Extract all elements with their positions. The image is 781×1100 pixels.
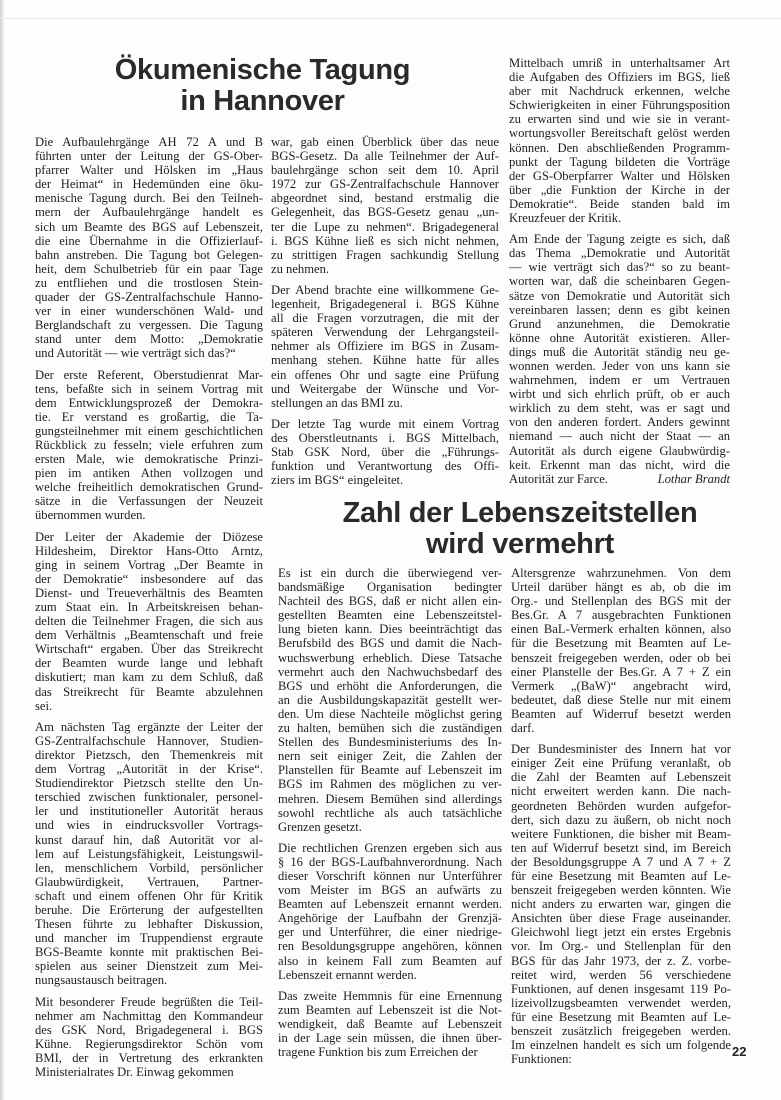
text-line: ver in einer wunderschönen Wald- und bbox=[35, 304, 263, 318]
author-signature: Lothar Brandt bbox=[658, 472, 730, 486]
text-line: an die Ausbildungskapazität gestellt wer… bbox=[278, 693, 502, 707]
text-line: 1972 zur GS-Zentralfachschule Hannover bbox=[271, 177, 499, 191]
text-line: baulehrgänge schon seit dem 10. April bbox=[271, 163, 499, 177]
text-line: § 16 der BGS-Laufbahnverordnung. Nach bbox=[278, 855, 502, 869]
text-line: zu entfliehen und die trostlosen Stein- bbox=[35, 276, 263, 290]
text-line: Berufsbild des BGS und damit die Nach- bbox=[278, 636, 502, 650]
text-line: diskutiert; man kam zu dem Schluß, daß bbox=[35, 670, 263, 684]
text-line: Thesen führte zu lebhafter Diskussion, bbox=[35, 917, 263, 931]
text-line: Dienst- und Treueverhältnis des Beamten bbox=[35, 586, 263, 600]
text-line: sich um Beamte des BGS auf Lebenszeit, bbox=[35, 220, 263, 234]
text-line: heit, dem Schulbetrieb für ein paar Tage bbox=[35, 262, 263, 276]
text-line: gestellten Beamten eine Lebenszeitstel- bbox=[278, 608, 502, 622]
text-line: wendigkeit, daß Beamte auf Lebenszeit bbox=[278, 1017, 502, 1031]
text-line: zu strittigen Fragen sachkundig Stellung bbox=[271, 248, 499, 262]
text-line: über „die Funktion der Kirche in der bbox=[509, 183, 730, 197]
text-line: tragene Funktion bis zum Erreichen der bbox=[278, 1045, 502, 1059]
text-line: Kreuzfeuer der Kritik. bbox=[509, 211, 730, 225]
text-line: Wirtschaft“ ergaben. Über das Streikrech… bbox=[35, 642, 263, 656]
text-line: von den anderen fordert. Anders gewinnt bbox=[509, 415, 730, 429]
article1-headline: Ökumenische Tagung in Hannover bbox=[75, 55, 450, 117]
text-line: sätze von Demokratie und Autorität sich bbox=[509, 289, 730, 303]
article1-title-line1: Ökumenische Tagung bbox=[75, 55, 450, 86]
text-line: des GSK Nord, Brigadegeneral i. BGS bbox=[35, 1023, 263, 1037]
text-line: geordneten Behörden wurden aufgefor- bbox=[511, 799, 731, 813]
text-line: sätze in die Verfassungen der Neuzeit bbox=[35, 494, 263, 508]
text-line: einer Planstelle der Bes.Gr. A 7 + Z ein bbox=[511, 665, 731, 679]
text-line: schaft und einem offenen Ohr für Kritik bbox=[35, 889, 263, 903]
text-line: Autorität als durch eigene Glaubwürdig- bbox=[509, 444, 730, 458]
text-line: dieser Vorschrift können nur Unterführer bbox=[278, 869, 502, 883]
article1-column-2: war, gab einen Überblick über das neueBG… bbox=[271, 135, 499, 494]
text-line: Das zweite Hemmnis für eine Ernennung bbox=[278, 989, 502, 1003]
text-line: kunst darauf hin, daß Autorität vor al- bbox=[35, 833, 263, 847]
text-line: BGS im Rahmen des möglichen zu ver- bbox=[278, 777, 502, 791]
text-line: lung bieten kann. Dies beeinträchtigt da… bbox=[278, 622, 502, 636]
text-line: Berglandschaft zu vergessen. Die Tagung bbox=[35, 318, 263, 332]
text-line: die Aufgaben des Offiziers im BGS, ließ bbox=[509, 70, 730, 84]
text-line: zu erwarten sind und wie sie in verant- bbox=[509, 112, 730, 126]
text-line: worten war, daß die scheinbaren Gegen- bbox=[509, 274, 730, 288]
text-line: Lebenszeit ernannt werden. bbox=[278, 968, 502, 982]
text-line: Es ist ein durch die überwiegend ver- bbox=[278, 566, 502, 580]
text-line: stellungen an das BMI zu. bbox=[271, 396, 499, 410]
paragraph: Altersgrenze wahrzunehmen. Von demUrteil… bbox=[511, 566, 731, 735]
text-line: zu nehmen. bbox=[271, 262, 499, 276]
text-line: Hildesheim, Direktor Hans-Otto Arntz, bbox=[35, 544, 263, 558]
scan-top-edge bbox=[0, 18, 781, 19]
text-line: Im einzelnen handelt es sich um folgende bbox=[511, 1038, 731, 1052]
text-line: mehren. Diesem Bemühen sind allerdings bbox=[278, 792, 502, 806]
text-line: bedeutet, daß diese Stelle nur mit einem bbox=[511, 693, 731, 707]
text-line: ger und Unterführer, die einer niedrige- bbox=[278, 925, 502, 939]
text-line: können. Den abschließenden Programm- bbox=[509, 141, 730, 155]
paragraph: Der letzte Tag wurde mit einem Vortragde… bbox=[271, 417, 499, 487]
text-line: i. BGS Kühne ließ es sich nicht nehmen, bbox=[271, 234, 499, 248]
text-line: niemand — auch nicht der Staat — an bbox=[509, 429, 730, 443]
text-line: der Demokratie“ insbesondere auf das bbox=[35, 572, 263, 586]
text-line: für die Besetzung mit Beamten auf Le- bbox=[511, 636, 731, 650]
text-line: abgeordnet sind, bestand erstmalig die bbox=[271, 191, 499, 205]
text-line: Der erste Referent, Oberstudienrat Mar- bbox=[35, 368, 263, 382]
text-line: Altersgrenze wahrzunehmen. Von dem bbox=[511, 566, 731, 580]
text-line: in der Lage sein müssen, die ihnen über- bbox=[278, 1031, 502, 1045]
text-line: die eine Übernahme in die Offizierlauf- bbox=[35, 234, 263, 248]
text-line: — wie verträgt sich das?“ so zu beant- bbox=[509, 260, 730, 274]
text-line: Der Bundesminister des Innern hat vor bbox=[511, 742, 731, 756]
text-line: welche freiheitlich demokratischen Grund… bbox=[35, 480, 263, 494]
text-line: ersten Male, wie demokratische Prinzi- bbox=[35, 452, 263, 466]
text-line: wortungsvoller Bereitschaft gelöst werde… bbox=[509, 126, 730, 140]
scan-page-edge bbox=[0, 0, 4, 1100]
text-line: ging in seinem Vortrag „Der Beamte in bbox=[35, 558, 263, 572]
text-line: könne ohne Autorität existieren. Aller- bbox=[509, 331, 730, 345]
text-line: menische Tagung durch. Bei den Teilneh- bbox=[35, 191, 263, 205]
text-line: Mit besonderer Freude begrüßten die Teil… bbox=[35, 995, 263, 1009]
text-line: dem Verhältnis „Beamtenschaft und freie bbox=[35, 628, 263, 642]
text-line: direktor Pietzsch, den Themenkreis mit bbox=[35, 748, 263, 762]
paragraph: war, gab einen Überblick über das neueBG… bbox=[271, 135, 499, 276]
text-line: nicht erweitert werden kann. Die nach- bbox=[511, 784, 731, 798]
text-line: mern der Aufbaulehrgänge handelt es bbox=[35, 205, 263, 219]
paragraph: Die Aufbaulehrgänge AH 72 A und Bführten… bbox=[35, 135, 263, 361]
text-line: nicht anders zu erwarten war, gingen die bbox=[511, 897, 731, 911]
article2-title-line2: wird vermehrt bbox=[290, 529, 750, 560]
text-line: Rückblick zu fesseln; viele erfuhren zum bbox=[35, 438, 263, 452]
text-line: stand unter dem Motto: „Demokratie bbox=[35, 332, 263, 346]
text-line: ler und institutioneller Autorität herau… bbox=[35, 804, 263, 818]
text-line: Am nächsten Tag ergänzte der Leiter der bbox=[35, 720, 263, 734]
text-line: Beamten auf Widerruf besetzt werden bbox=[511, 707, 731, 721]
paragraph: Mit besonderer Freude begrüßten die Teil… bbox=[35, 995, 263, 1080]
article1-title-line2: in Hannover bbox=[75, 86, 450, 117]
text-line: die Zahl der Beamten auf Lebenszeit bbox=[511, 770, 731, 784]
text-line: BMI, der in Vertretung des erkrankten bbox=[35, 1051, 263, 1065]
text-line: keit. Erkennt man das nicht, wird die bbox=[509, 458, 730, 472]
text-line: pien im antiken Athen vollzogen und bbox=[35, 466, 263, 480]
text-line: Grund anzunehmen, die Demokratie bbox=[509, 317, 730, 331]
text-line: Ministerialrates Dr. Einwag gekommen bbox=[35, 1065, 263, 1079]
text-line: der GS-Oberpfarrer Walter und Hölsken bbox=[509, 169, 730, 183]
text-line: spielen aus seiner Dienstzeit zum Mei- bbox=[35, 959, 263, 973]
text-line: Bes.Gr. A 7 ausgebrachten Funktionen bbox=[511, 608, 731, 622]
text-line: nungsaustausch beitragen. bbox=[35, 973, 263, 987]
text-line: BGS für das Jahr 1973, der z. Z. vorbe- bbox=[511, 954, 731, 968]
text-line: wirbt und sich ehrlich prüft, ob er auch bbox=[509, 387, 730, 401]
text-line: vom Meister im BGS an aufwärts zu bbox=[278, 883, 502, 897]
text-line: einen BaL-Vermerk erhalten können, also bbox=[511, 622, 731, 636]
text-line: Beamten auf Lebenszeit ernannt werden. bbox=[278, 897, 502, 911]
text-line: zu halten, bemühen sich die zuständigen bbox=[278, 721, 502, 735]
text-line: das Streikrecht für Beamte abzulehnen bbox=[35, 685, 263, 699]
paragraph: Es ist ein durch die überwiegend ver-ban… bbox=[278, 566, 502, 834]
text-line: wirklich zu dem steht, was er sagt und bbox=[509, 401, 730, 415]
text-line: einiger Zeit eine Prüfung veranlaßt, ob bbox=[511, 756, 731, 770]
text-line: punkt der Tagung bildeten die Vorträge bbox=[509, 155, 730, 169]
paragraph: Der Abend brachte eine willkommene Ge-le… bbox=[271, 283, 499, 410]
text-line: Stellen des Bundesministeriums des In- bbox=[278, 735, 502, 749]
text-line: benszeit freigegeben werden könnten. Wie bbox=[511, 883, 731, 897]
text-line: Urteil darüber hängt es ab, ob die im bbox=[511, 580, 731, 594]
text-line: Schwierigkeiten in einer Führungspositio… bbox=[509, 98, 730, 112]
text-line: quader der GS-Zentralfachschule Hanno- bbox=[35, 290, 263, 304]
text-line: nehmer am Nachmittag den Kommandeur bbox=[35, 1009, 263, 1023]
paragraph: Der Leiter der Akademie der DiözeseHilde… bbox=[35, 530, 263, 713]
text-line: Der letzte Tag wurde mit einem Vortrag bbox=[271, 417, 499, 431]
text-line: Nachteil des BGS, daß er nicht allen ein… bbox=[278, 594, 502, 608]
text-line: also in keinem Fall zum Beamten auf bbox=[278, 954, 502, 968]
text-line: funktion und Verantwortung des Offi- bbox=[271, 459, 499, 473]
text-line: ziers im BGS“ eingeleitet. bbox=[271, 473, 499, 487]
text-line: BGS-Gesetz. Da alle Teilnehmer der Auf- bbox=[271, 149, 499, 163]
text-line: übernommen wurden. bbox=[35, 508, 263, 522]
text-line: Stab GSK Nord, über die „Führungs- bbox=[271, 445, 499, 459]
text-line: zum Staat ein. In Arbeitskreisen behan- bbox=[35, 600, 263, 614]
article2-headline: Zahl der Lebenszeitstellen wird vermehrt bbox=[290, 498, 750, 560]
text-line: Vermerk „(BaW)“ angebracht wird, bbox=[511, 679, 731, 693]
text-line: ter die Lupe zu nehmen“. Brigadegeneral bbox=[271, 220, 499, 234]
paragraph: Die rechtlichen Grenzen ergeben sich aus… bbox=[278, 841, 502, 982]
text-line: pfarrer Walter und Hölsken im „Haus bbox=[35, 163, 263, 177]
text-line: nern seit einiger Zeit, die Zahlen der bbox=[278, 749, 502, 763]
text-line: zum Beamten auf Lebenszeit ist die Not- bbox=[278, 1003, 502, 1017]
text-line: und wies in eindrucksvoller Vortrags- bbox=[35, 818, 263, 832]
text-line: Glaubwürdigkeit, Vertrauen, Partner- bbox=[35, 875, 263, 889]
text-line: menhang stehen. Kühne hatte für alles bbox=[271, 353, 499, 367]
text-line: ren Besoldungsgruppe angehören, können bbox=[278, 939, 502, 953]
text-line: den. Um diese Nachteile möglichst gering bbox=[278, 707, 502, 721]
text-line: lizeivollzugsbeamten verwendet werden, bbox=[511, 996, 731, 1010]
text-line: aber mit Nachdruck erkennen, welche bbox=[509, 84, 730, 98]
text-line: Angehörige der Laufbahn der Grenzjä- bbox=[278, 911, 502, 925]
text-line: BGS und erhöht die Anforderungen, die bbox=[278, 679, 502, 693]
text-line: Der Abend brachte eine willkommene Ge- bbox=[271, 283, 499, 297]
text-line: Am Ende der Tagung zeigte es sich, daß bbox=[509, 232, 730, 246]
text-line: ten auf Widerruf besetzt sind, im Bereic… bbox=[511, 841, 731, 855]
text-line: ein offenes Ohr und sagte eine Prüfung bbox=[271, 368, 499, 382]
paragraph: Mittelbach umriß in unterhaltsamer Artdi… bbox=[509, 56, 730, 225]
paragraph: Der erste Referent, Oberstudienrat Mar-t… bbox=[35, 368, 263, 523]
paragraph: Am nächsten Tag ergänzte der Leiter derG… bbox=[35, 720, 263, 988]
text-line: vor. Im Org.- und Stellenplan für den bbox=[511, 939, 731, 953]
text-line: nehmer als Offiziere im BGS in Zusam- bbox=[271, 339, 499, 353]
text-line: das Thema „Demokratie und Autorität bbox=[509, 246, 730, 260]
text-line: Der Leiter der Akademie der Diözese bbox=[35, 530, 263, 544]
text-line: all die Fragen vorzutragen, die mit der bbox=[271, 311, 499, 325]
text-line: und Autorität — wie verträgt sich das?“ bbox=[35, 346, 263, 360]
text-line: bahn anstreben. Die Tagung bot Gelegen- bbox=[35, 248, 263, 262]
text-line: darf. bbox=[511, 721, 731, 735]
text-line: legenheit, Brigadegeneral i. BGS Kühne bbox=[271, 297, 499, 311]
paragraph: Das zweite Hemmnis für eine Ernennungzum… bbox=[278, 989, 502, 1059]
text-line: wuchswerbung erheblich. Diese Tatsache bbox=[278, 651, 502, 665]
text-line: Kühne. Regierungsdirektor Schön vom bbox=[35, 1037, 263, 1051]
article1-column-3: Mittelbach umriß in unterhaltsamer Artdi… bbox=[509, 56, 730, 493]
text-line: und Weitergabe der Wünsche und Vor- bbox=[271, 382, 499, 396]
text-line: Autorität zur Farce.Lothar Brandt bbox=[509, 472, 730, 486]
article1-column-1: Die Aufbaulehrgänge AH 72 A und Bführten… bbox=[35, 135, 263, 1086]
page-number: 22 bbox=[732, 1044, 746, 1059]
text-line: für eine Besetzung mit Beamten auf Le- bbox=[511, 1010, 731, 1024]
text-line: bandsmäßige Organisation bedingter bbox=[278, 580, 502, 594]
text-line: beruhe. Die Erörterung der aufgestellten bbox=[35, 903, 263, 917]
text-line: Die Aufbaulehrgänge AH 72 A und B bbox=[35, 135, 263, 149]
text-line: Grenzen gesetzt. bbox=[278, 820, 502, 834]
text-line: der Beamten wurde lange und lebhaft bbox=[35, 656, 263, 670]
text-line: der Heimat“ in Hedemünden eine öku- bbox=[35, 177, 263, 191]
text-line: dings muß die Autorität ständig neu ge- bbox=[509, 345, 730, 359]
text-line: dert, sich dazu zu äußern, ob nicht noch bbox=[511, 813, 731, 827]
text-line: GS-Zentralfachschule Hannover, Studien- bbox=[35, 734, 263, 748]
text-line: vermehrt auch den Nachwuchsbedarf des bbox=[278, 665, 502, 679]
article2-title-line1: Zahl der Lebenszeitstellen bbox=[290, 498, 750, 529]
text-line: Gleichwohl liegt jetzt ein erstes Ergebn… bbox=[511, 925, 731, 939]
text-line: war, gab einen Überblick über das neue bbox=[271, 135, 499, 149]
text-line: len, menschlichem Vorbild, persönlicher bbox=[35, 861, 263, 875]
text-line: Funktionen: bbox=[511, 1052, 731, 1066]
text-line: delten die Teilnehmer Fragen, die sich a… bbox=[35, 614, 263, 628]
text-line: dem Vortrag „Autorität in der Krise“. bbox=[35, 762, 263, 776]
paragraph: Der Bundesminister des Innern hat vorein… bbox=[511, 742, 731, 1066]
text-line: dem Entwicklungsprozeß der Demokra- bbox=[35, 396, 263, 410]
text-line: terschied zwischen funktionaler, persone… bbox=[35, 790, 263, 804]
text-line: Gelegenheit, das BGS-Gesetz genau „un- bbox=[271, 205, 499, 219]
text-line: gungsteilnehmer mit einem geschichtliche… bbox=[35, 424, 263, 438]
text-line: Funktionen, auf denen insgesamt 119 Po- bbox=[511, 982, 731, 996]
text-line: für eine Besetzung mit Beamten auf Le- bbox=[511, 869, 731, 883]
text-line: tie. Er verstand es großartig, die Ta- bbox=[35, 410, 263, 424]
text-line: benszeit zusätzlich freigegeben werden. bbox=[511, 1024, 731, 1038]
text-line: Planstellen für Beamte auf Lebenszeit im bbox=[278, 763, 502, 777]
text-line: Demokratie“. Beide standen bald im bbox=[509, 197, 730, 211]
text-line: sowohl rechtliche als auch tatsächliche bbox=[278, 806, 502, 820]
text-line: wonnen werden. Jeder von uns kann sie bbox=[509, 359, 730, 373]
text-line: sei. bbox=[35, 699, 263, 713]
text-line: tens, befaßte sich in seinem Vortrag mit bbox=[35, 382, 263, 396]
text-line: Org.- und Stellenplan des BGS mit der bbox=[511, 594, 731, 608]
text-line: des Oberstleutnants i. BGS Mittelbach, bbox=[271, 431, 499, 445]
text-line: und mancher im Truppendienst ergraute bbox=[35, 931, 263, 945]
text-line: BGS-Beamte konnte mit praktischen Bei- bbox=[35, 945, 263, 959]
text-line: späteren Verwendung der Lehrgangsteil- bbox=[271, 325, 499, 339]
text-line: wahrnehmen, indem er um Vertrauen bbox=[509, 373, 730, 387]
text-line: Die rechtlichen Grenzen ergeben sich aus bbox=[278, 841, 502, 855]
article2-column-2: Altersgrenze wahrzunehmen. Von demUrteil… bbox=[511, 566, 731, 1073]
article2-column-1: Es ist ein durch die überwiegend ver-ban… bbox=[278, 566, 502, 1066]
text-line: Mittelbach umriß in unterhaltsamer Art bbox=[509, 56, 730, 70]
text-line: Studiendirektor Pietzsch stellte den Un- bbox=[35, 776, 263, 790]
paragraph: Am Ende der Tagung zeigte es sich, daßda… bbox=[509, 232, 730, 486]
text-line: der Besoldungsgruppe A 7 und A 7 + Z bbox=[511, 855, 731, 869]
text-line: führten unter der Leitung der GS-Ober- bbox=[35, 149, 263, 163]
text-line: reitet wird, werden 56 verschiedene bbox=[511, 968, 731, 982]
text-line: weitere Funktionen, die bisher mit Beam- bbox=[511, 827, 731, 841]
text-line: Ansichten über diese Frage auseinander. bbox=[511, 911, 731, 925]
text-line: benszeit freigegeben werden, oder ob bei bbox=[511, 651, 731, 665]
text-line: vereinbaren lassen; denn es gibt keinen bbox=[509, 303, 730, 317]
text-line: lem auf Leistungsfähigkeit, Leistungswil… bbox=[35, 847, 263, 861]
